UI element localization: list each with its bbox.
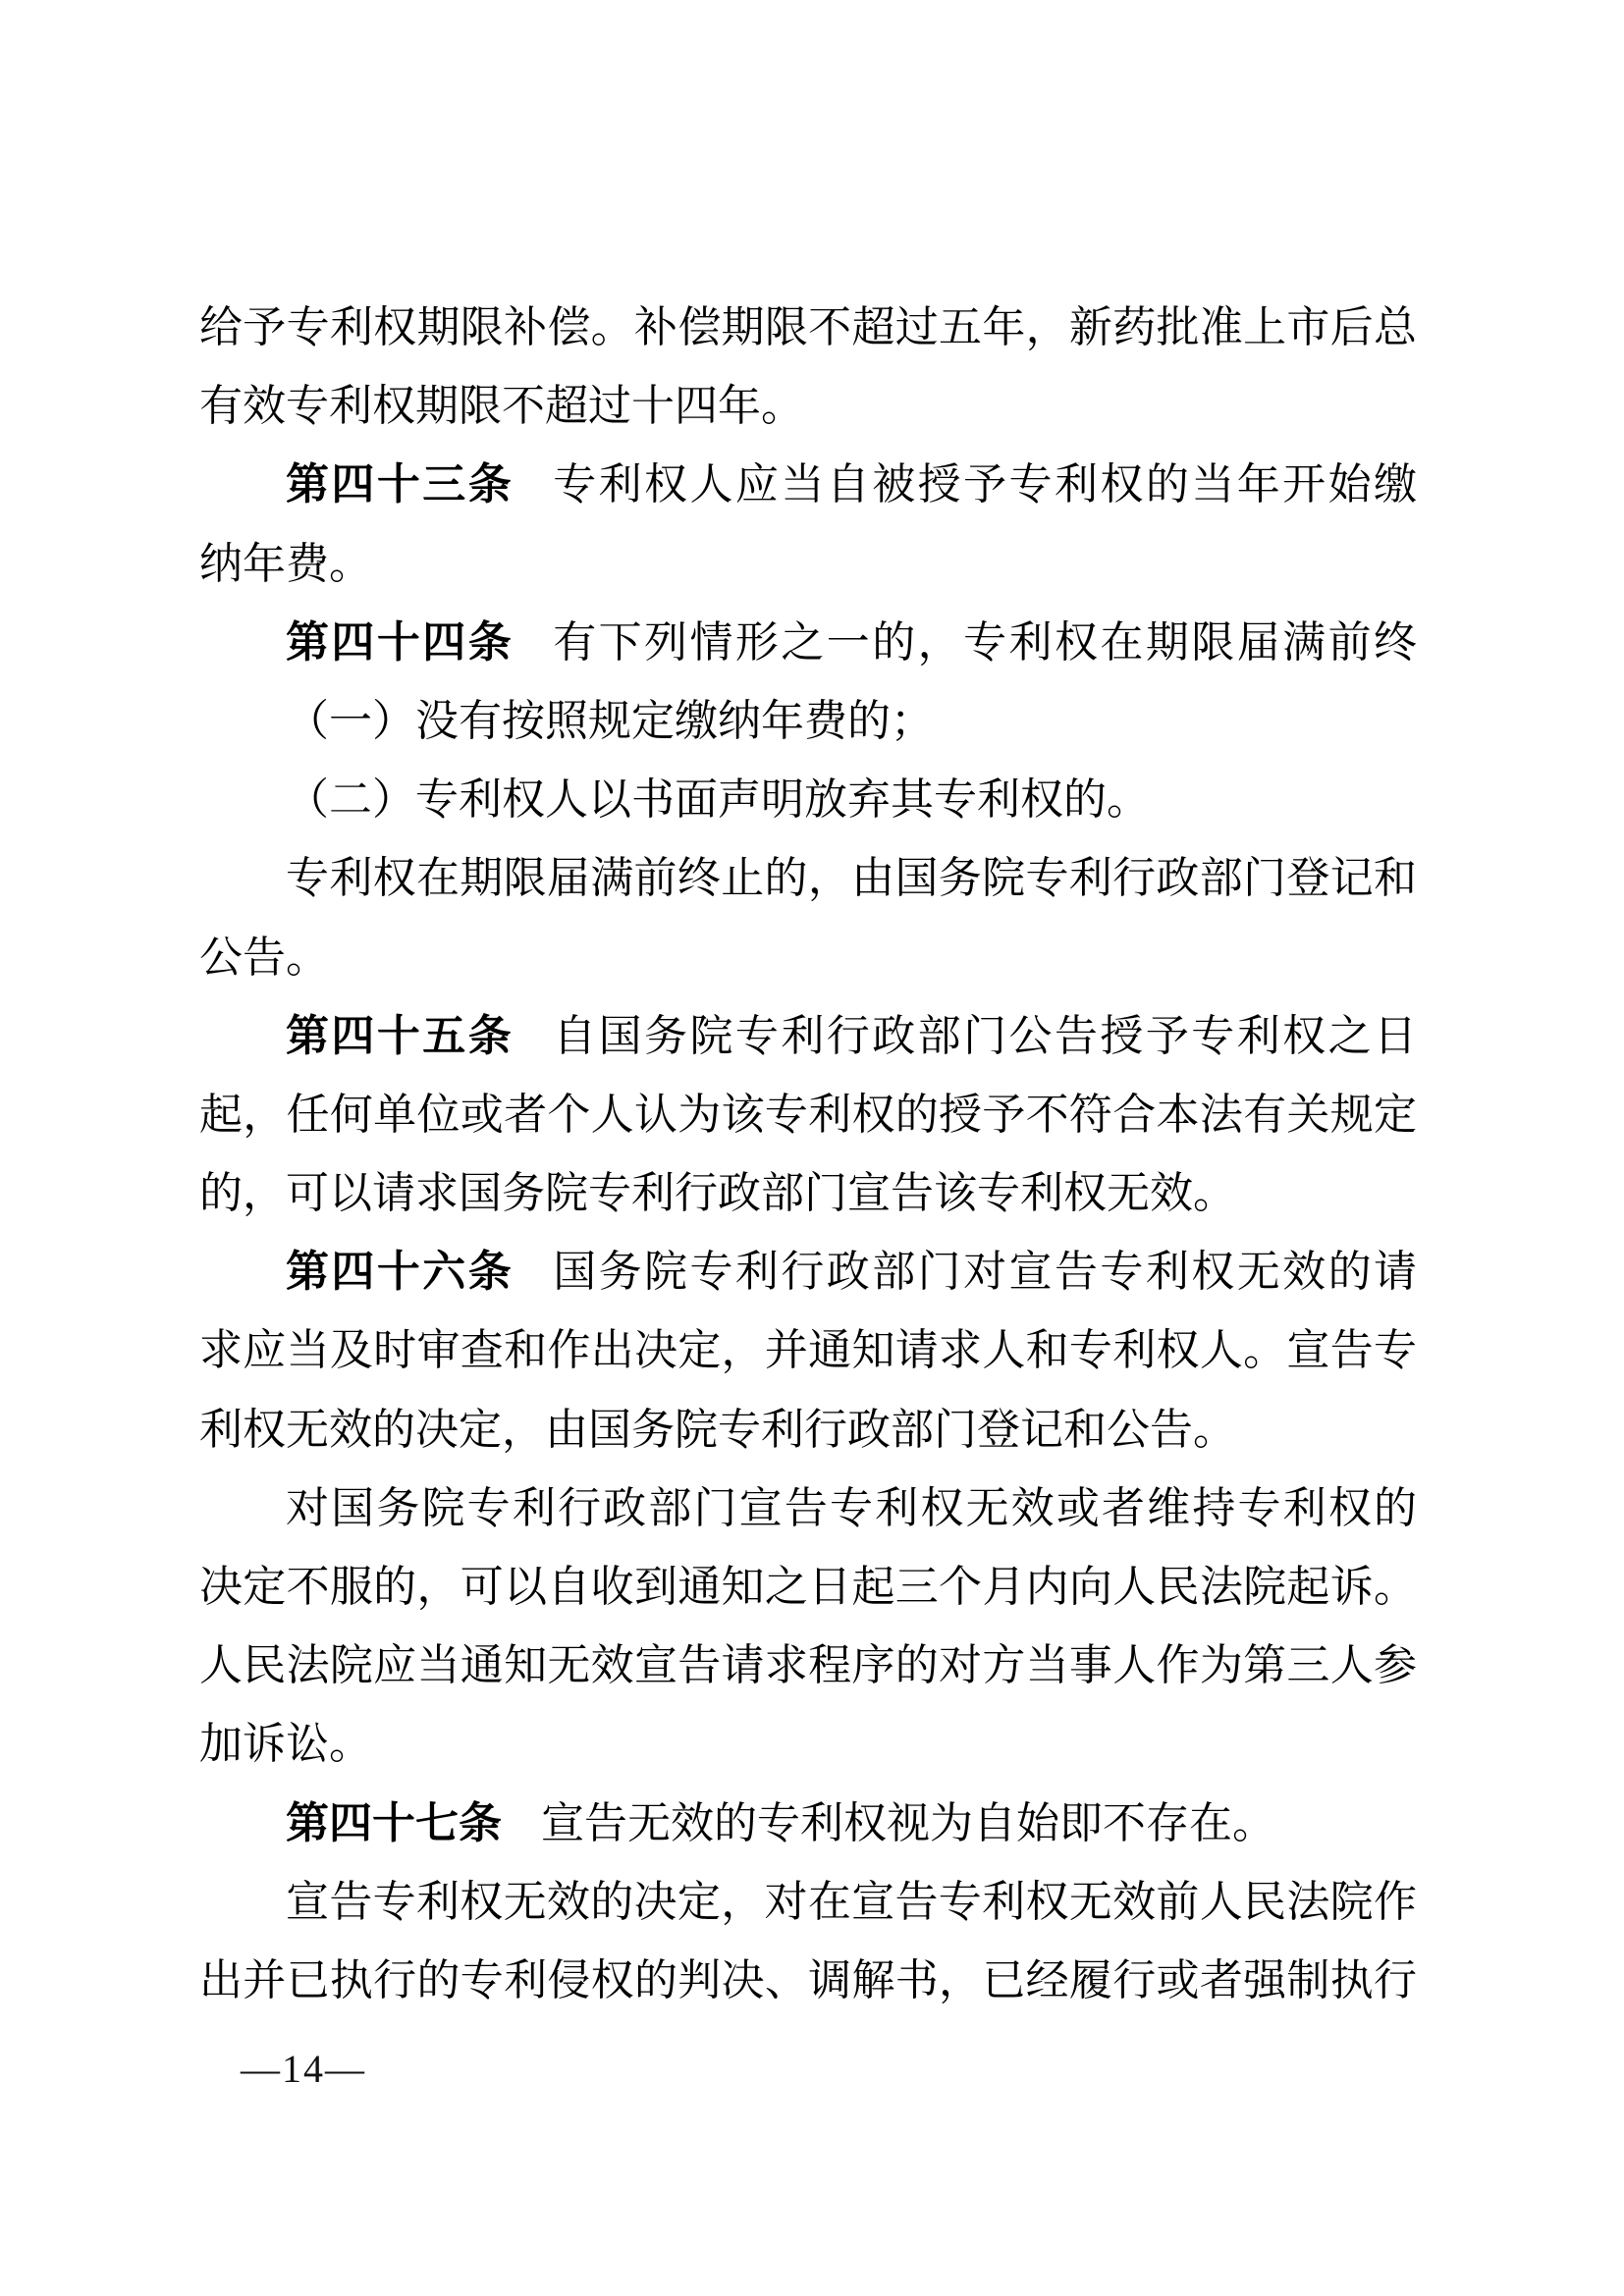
article-line: 第四十五条自国务院专利行政部门公告授予专利权之日 — [199, 997, 1417, 1076]
line-text: （二）专利权人以书面声明放弃其专利权的。 — [286, 775, 1150, 824]
line-text: 利权无效的决定，由国务院专利行政部门登记和公告。 — [199, 1406, 1236, 1454]
line-text: 求应当及时审查和作出决定，并通知请求人和专利权人。宣告专 — [199, 1326, 1417, 1374]
article-line: 第四十四条有下列情形之一的，专利权在期限届满前终止： — [199, 604, 1417, 682]
line-text: 人民法院应当通知无效宣告请求程序的对方当事人作为第三人参 — [199, 1641, 1417, 1689]
article-line: 第四十三条专利权人应当自被授予专利权的当年开始缴 — [199, 446, 1417, 524]
text-line: 决定不服的，可以自收到通知之日起三个月内向人民法院起诉。 — [199, 1548, 1417, 1627]
text-line: 公告。 — [199, 919, 1417, 997]
line-text: （一）没有按照规定缴纳年费的； — [286, 697, 934, 745]
line-text: 公告。 — [199, 934, 329, 982]
text-line: 的，可以请求国务院专利行政部门宣告该专利权无效。 — [199, 1154, 1417, 1233]
text-line: 给予专利权期限补偿。补偿期限不超过五年，新药批准上市后总 — [199, 289, 1417, 367]
line-text: 宣告专利权无效的决定，对在宣告专利权无效前人民法院作 — [286, 1878, 1417, 1926]
article-number: 第四十五条 — [286, 1012, 514, 1060]
text-line: 人民法院应当通知无效宣告请求程序的对方当事人作为第三人参 — [199, 1627, 1417, 1705]
line-text: 专利权人应当自被授予专利权的当年开始缴 — [553, 460, 1417, 508]
text-line: 求应当及时审查和作出决定，并通知请求人和专利权人。宣告专 — [199, 1311, 1417, 1390]
article-line: 第四十七条宣告无效的专利权视为自始即不存在。 — [199, 1785, 1417, 1863]
text-line: 出并已执行的专利侵权的判决、调解书，已经履行或者强制执行 — [199, 1942, 1417, 2020]
document-page: 给予专利权期限补偿。补偿期限不超过五年，新药批准上市后总有效专利权期限不超过十四… — [0, 0, 1624, 2296]
line-text: 国务院专利行政部门对宣告专利权无效的请 — [553, 1248, 1417, 1296]
text-block: 给予专利权期限补偿。补偿期限不超过五年，新药批准上市后总有效专利权期限不超过十四… — [199, 289, 1417, 2020]
text-line: 利权无效的决定，由国务院专利行政部门登记和公告。 — [199, 1391, 1417, 1469]
text-line: （二）专利权人以书面声明放弃其专利权的。 — [199, 761, 1417, 839]
line-text: 专利权在期限届满前终止的，由国务院专利行政部门登记和 — [286, 854, 1417, 902]
article-number: 第四十七条 — [286, 1799, 502, 1847]
text-line: 纳年费。 — [199, 525, 1417, 604]
text-line: 加诉讼。 — [199, 1705, 1417, 1784]
text-line: 对国务院专利行政部门宣告专利权无效或者维持专利权的 — [199, 1469, 1417, 1548]
line-text: 自国务院专利行政部门公告授予专利权之日 — [553, 1012, 1417, 1060]
line-text: 有效专利权期限不超过十四年。 — [199, 382, 804, 430]
article-number: 第四十六条 — [286, 1248, 514, 1296]
text-line: 有效专利权期限不超过十四年。 — [199, 367, 1417, 446]
line-text: 加诉讼。 — [199, 1720, 372, 1768]
page-number: —14— — [241, 2048, 366, 2091]
article-number: 第四十三条 — [286, 460, 514, 508]
line-text: 纳年费。 — [199, 540, 372, 588]
line-text: 起，任何单位或者个人认为该专利权的授予不符合本法有关规定 — [199, 1091, 1417, 1139]
text-line: 宣告专利权无效的决定，对在宣告专利权无效前人民法院作 — [199, 1863, 1417, 1942]
article-number: 第四十四条 — [286, 618, 514, 667]
line-text: 决定不服的，可以自收到通知之日起三个月内向人民法院起诉。 — [199, 1563, 1417, 1611]
line-text: 宣告无效的专利权视为自始即不存在。 — [541, 1799, 1275, 1847]
article-line: 第四十六条国务院专利行政部门对宣告专利权无效的请 — [199, 1233, 1417, 1311]
line-text: 对国务院专利行政部门宣告专利权无效或者维持专利权的 — [286, 1484, 1417, 1532]
line-text: 给予专利权期限补偿。补偿期限不超过五年，新药批准上市后总 — [199, 303, 1417, 351]
line-text: 的，可以请求国务院专利行政部门宣告该专利权无效。 — [199, 1169, 1236, 1217]
text-line: 专利权在期限届满前终止的，由国务院专利行政部门登记和 — [199, 839, 1417, 918]
text-line: 起，任何单位或者个人认为该专利权的授予不符合本法有关规定 — [199, 1076, 1417, 1154]
text-line: （一）没有按照规定缴纳年费的； — [199, 682, 1417, 761]
line-text: 出并已执行的专利侵权的判决、调解书，已经履行或者强制执行 — [199, 1956, 1417, 2004]
